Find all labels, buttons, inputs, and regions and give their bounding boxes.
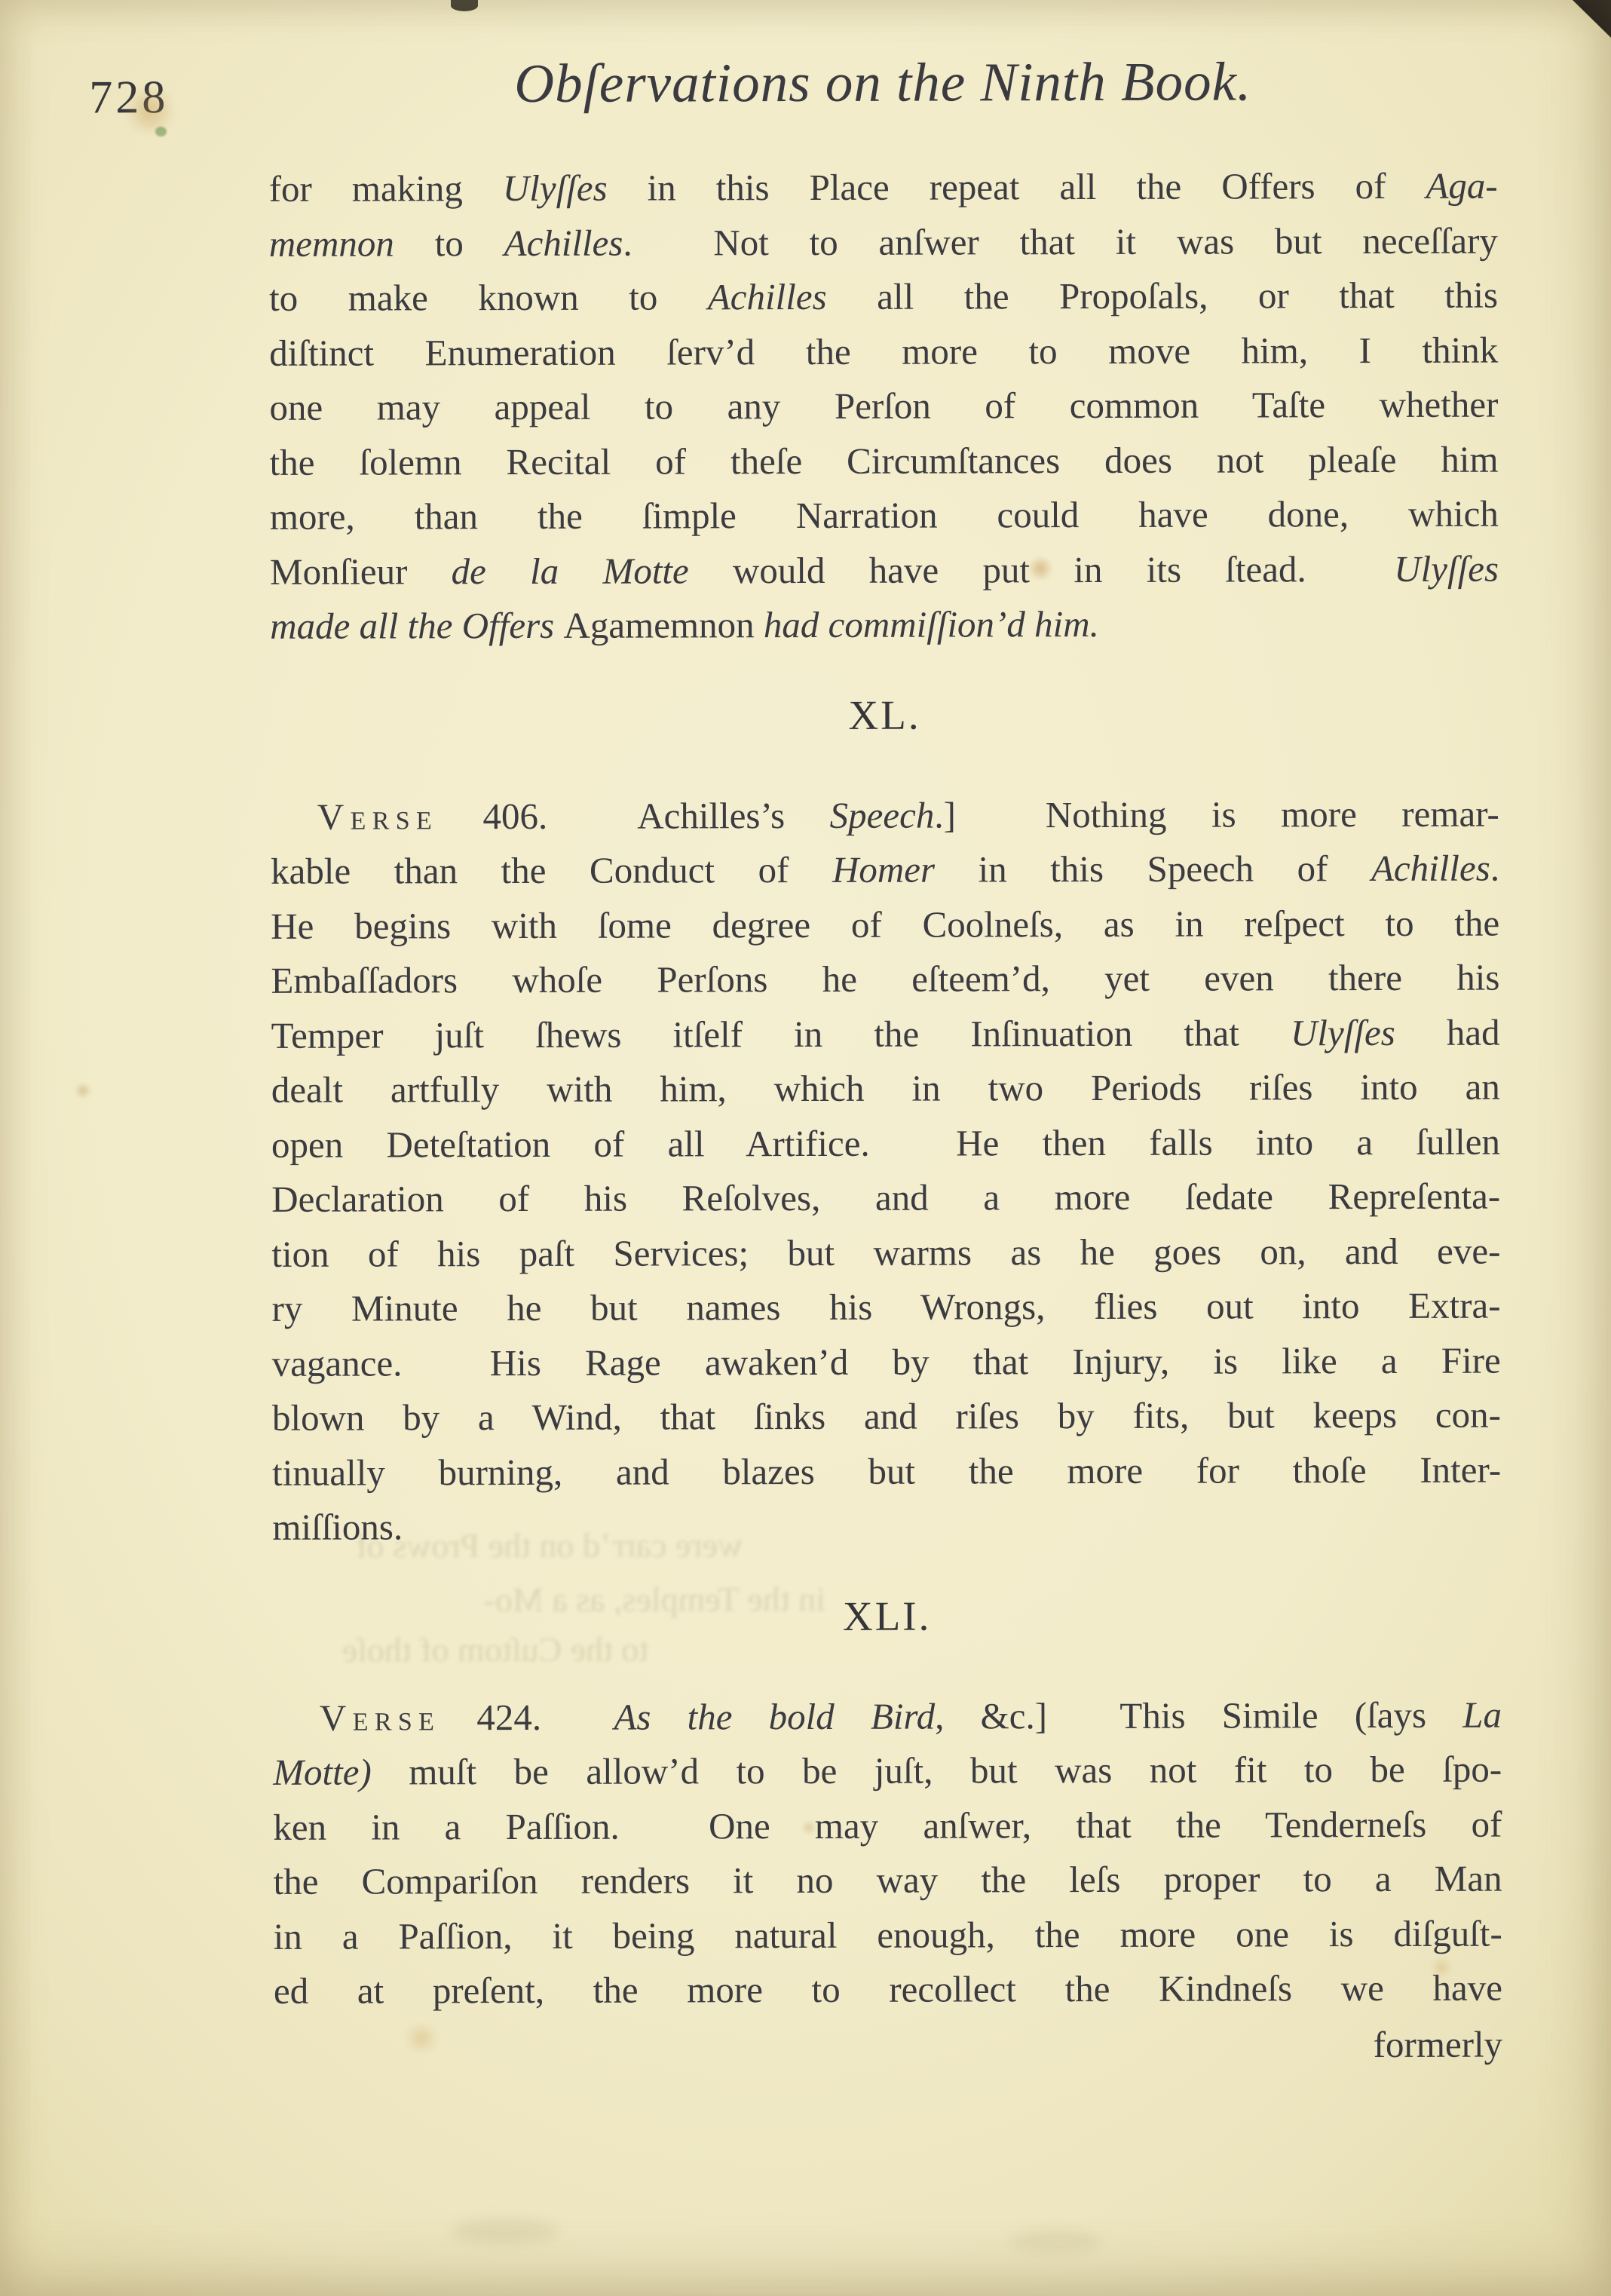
roman-text: Declaration of his Reſolves, and a more … xyxy=(271,1176,1500,1220)
italic-text: de la Motte xyxy=(452,550,689,592)
text-line: one may appeal to any Perſon of common T… xyxy=(269,378,1498,436)
text-line: miſſions. xyxy=(272,1497,1501,1556)
roman-text: to make known to xyxy=(269,276,708,319)
page-content: 728 Obſervations on the Ninth Book. for … xyxy=(0,0,1611,2296)
small-caps-text: Verse xyxy=(320,1697,440,1738)
italic-text: made all the Offers xyxy=(270,605,563,647)
small-caps-text: Verse xyxy=(317,795,438,837)
section-heading-xl: XL. xyxy=(270,690,1499,740)
italic-text: Ulyſſes xyxy=(503,167,608,209)
text-line: Motte) muſt be allow’d to be juſt, but w… xyxy=(273,1743,1502,1801)
roman-text: dealt artfully with him, which in two Pe… xyxy=(271,1066,1500,1111)
roman-text: had xyxy=(1395,1011,1500,1053)
roman-text: 424. xyxy=(440,1696,614,1738)
italic-text: Achilles xyxy=(504,222,623,263)
roman-text: one may appeal to any Perſon of common T… xyxy=(269,384,1498,428)
italic-text: Homer xyxy=(832,849,935,891)
text-line: in a Paſſion, it being natural enough, t… xyxy=(274,1906,1502,1964)
text-line: dealt artfully with him, which in two Pe… xyxy=(271,1060,1500,1118)
roman-text: for making xyxy=(269,167,503,210)
text-line: vagance. His Rage awaken’d by that Injur… xyxy=(272,1333,1501,1391)
text-line: Temper juſt ſhews itſelf in the Inſinuat… xyxy=(271,1005,1500,1063)
roman-text: open Deteſtation of all Artifice. He the… xyxy=(271,1120,1500,1165)
text-line: ry Minute he but names his Wrongs, flies… xyxy=(271,1279,1500,1337)
roman-text: more, than the ſimple Narration could ha… xyxy=(270,493,1499,538)
roman-text: 406. Achilles’s xyxy=(438,794,830,836)
text-line: memnon to Achilles. Not to anſwer that i… xyxy=(269,213,1498,271)
text-line: Verse 406. Achilles’s Speech.] Nothing i… xyxy=(271,786,1499,845)
text-line: ken in a Paſſion. One may anſwer, that t… xyxy=(273,1797,1502,1855)
italic-text: Motte) xyxy=(273,1752,372,1793)
italic-text: Achilles xyxy=(708,276,827,317)
roman-text: the Compariſon renders it no way the leſ… xyxy=(273,1858,1502,1902)
text-line: Declaration of his Reſolves, and a more … xyxy=(271,1169,1500,1228)
italic-text: As the bold Bird xyxy=(614,1695,935,1737)
text-line: to make known to Achilles all the Propoſ… xyxy=(269,268,1498,326)
italic-text: had commiſſion’d him. xyxy=(764,603,1099,645)
text-line: blown by a Wind, that ſinks and riſes by… xyxy=(272,1388,1501,1446)
roman-text: in a Paſſion, it being natural enough, t… xyxy=(274,1912,1502,1957)
italic-text: Ulyſſes xyxy=(1394,547,1499,589)
roman-text: tinually burning, and blazes but the mor… xyxy=(272,1448,1501,1493)
roman-text: . xyxy=(1490,848,1499,889)
section-heading-xli: XLI. xyxy=(273,1591,1502,1641)
italic-text: Speech xyxy=(830,794,935,835)
roman-text: tion of his paſt Services; but warms as … xyxy=(271,1230,1500,1274)
roman-text: in this Place repeat all the Offers of xyxy=(608,165,1426,209)
italic-text: Achilles xyxy=(1371,848,1490,889)
text-line: tion of his paſt Services; but warms as … xyxy=(271,1224,1500,1282)
running-title: Obſervations on the Ninth Book. xyxy=(268,50,1497,116)
text-line: kable than the Conduct of Homer in this … xyxy=(271,841,1499,900)
text-line: the Compariſon renders it no way the leſ… xyxy=(273,1852,1502,1910)
roman-text: kable than the Conduct of xyxy=(271,849,832,892)
para-verse-424: Verse 424. As the bold Bird, &c.] This S… xyxy=(273,1688,1502,2019)
text-line: made all the Offers Agamemnon had commiſ… xyxy=(270,596,1499,654)
text-line: Verse 424. As the bold Bird, &c.] This S… xyxy=(273,1688,1502,1746)
catchword: formerly xyxy=(274,2018,1502,2076)
roman-text: He begins with ſome degree of Coolneſs, … xyxy=(271,902,1499,946)
roman-text: Embaſſadors whoſe Perſons he eſteem’d, y… xyxy=(271,957,1499,1001)
show-through-layer: were carr’d on the Prows ofin the Temple… xyxy=(0,0,1608,2)
italic-text: Ulyſſes xyxy=(1291,1011,1395,1053)
text-line: Embaſſadors whoſe Perſons he eſteem’d, y… xyxy=(271,951,1499,1009)
roman-text: . Not to anſwer that it was but neceſſar… xyxy=(623,219,1498,263)
roman-text: the ſolemn Recital of theſe Circumſtance… xyxy=(270,438,1499,483)
roman-text: Agamemnon xyxy=(563,604,764,646)
italic-text: memnon xyxy=(269,222,394,264)
text-line: He begins with ſome degree of Coolneſs, … xyxy=(271,896,1499,954)
roman-text: ry Minute he but names his Wrongs, flies… xyxy=(271,1285,1500,1329)
text-line: the ſolemn Recital of theſe Circumſtance… xyxy=(270,432,1499,490)
roman-text: , &c.] This Simile (ſays xyxy=(935,1694,1462,1737)
roman-text: in this Speech of xyxy=(935,848,1371,891)
roman-text: Monſieur xyxy=(270,550,452,593)
text-line: for making Ulyſſes in this Place repeat … xyxy=(269,159,1498,217)
roman-text: ken in a Paſſion. One may anſwer, that t… xyxy=(273,1803,1502,1847)
roman-text: ed at preſent, the more to recollect the… xyxy=(274,1967,1502,2012)
roman-text: to xyxy=(394,222,504,264)
roman-text: .] Nothing is more remar- xyxy=(934,792,1499,835)
roman-text: miſſions. xyxy=(272,1506,403,1547)
roman-text: all the Propoſals, or that this xyxy=(827,274,1499,317)
italic-text: Aga- xyxy=(1426,165,1497,207)
text-line: tinually burning, and blazes but the mor… xyxy=(272,1442,1501,1501)
text-line: more, than the ſimple Narration could ha… xyxy=(270,487,1499,545)
roman-text: muſt be allow’d to be juſt, but was not … xyxy=(372,1749,1502,1793)
scanned-book-page: 728 Obſervations on the Ninth Book. for … xyxy=(0,0,1611,2296)
page-number: 728 xyxy=(89,71,168,124)
text-line: ed at preſent, the more to recollect the… xyxy=(274,1961,1502,2019)
para-offers-of-agamemnon: for making Ulyſſes in this Place repeat … xyxy=(269,159,1499,654)
para-verse-406: Verse 406. Achilles’s Speech.] Nothing i… xyxy=(271,786,1502,1555)
text-line: Monſieur de la Motte would have put in i… xyxy=(270,541,1499,599)
text-line: diſtinct Enumeration ſerv’d the more to … xyxy=(269,323,1498,381)
roman-text: would have put in its ſtead. xyxy=(689,547,1395,590)
text-line: open Deteſtation of all Artifice. He the… xyxy=(271,1114,1500,1173)
roman-text: Temper juſt ſhews itſelf in the Inſinuat… xyxy=(271,1012,1291,1056)
roman-text: blown by a Wind, that ſinks and riſes by… xyxy=(272,1394,1501,1439)
italic-text: La xyxy=(1462,1694,1502,1735)
body-text-column: for making Ulyſſes in this Place repeat … xyxy=(269,159,1502,2019)
roman-text: vagance. His Rage awaken’d by that Injur… xyxy=(272,1339,1501,1384)
roman-text: diſtinct Enumeration ſerv’d the more to … xyxy=(269,329,1498,373)
